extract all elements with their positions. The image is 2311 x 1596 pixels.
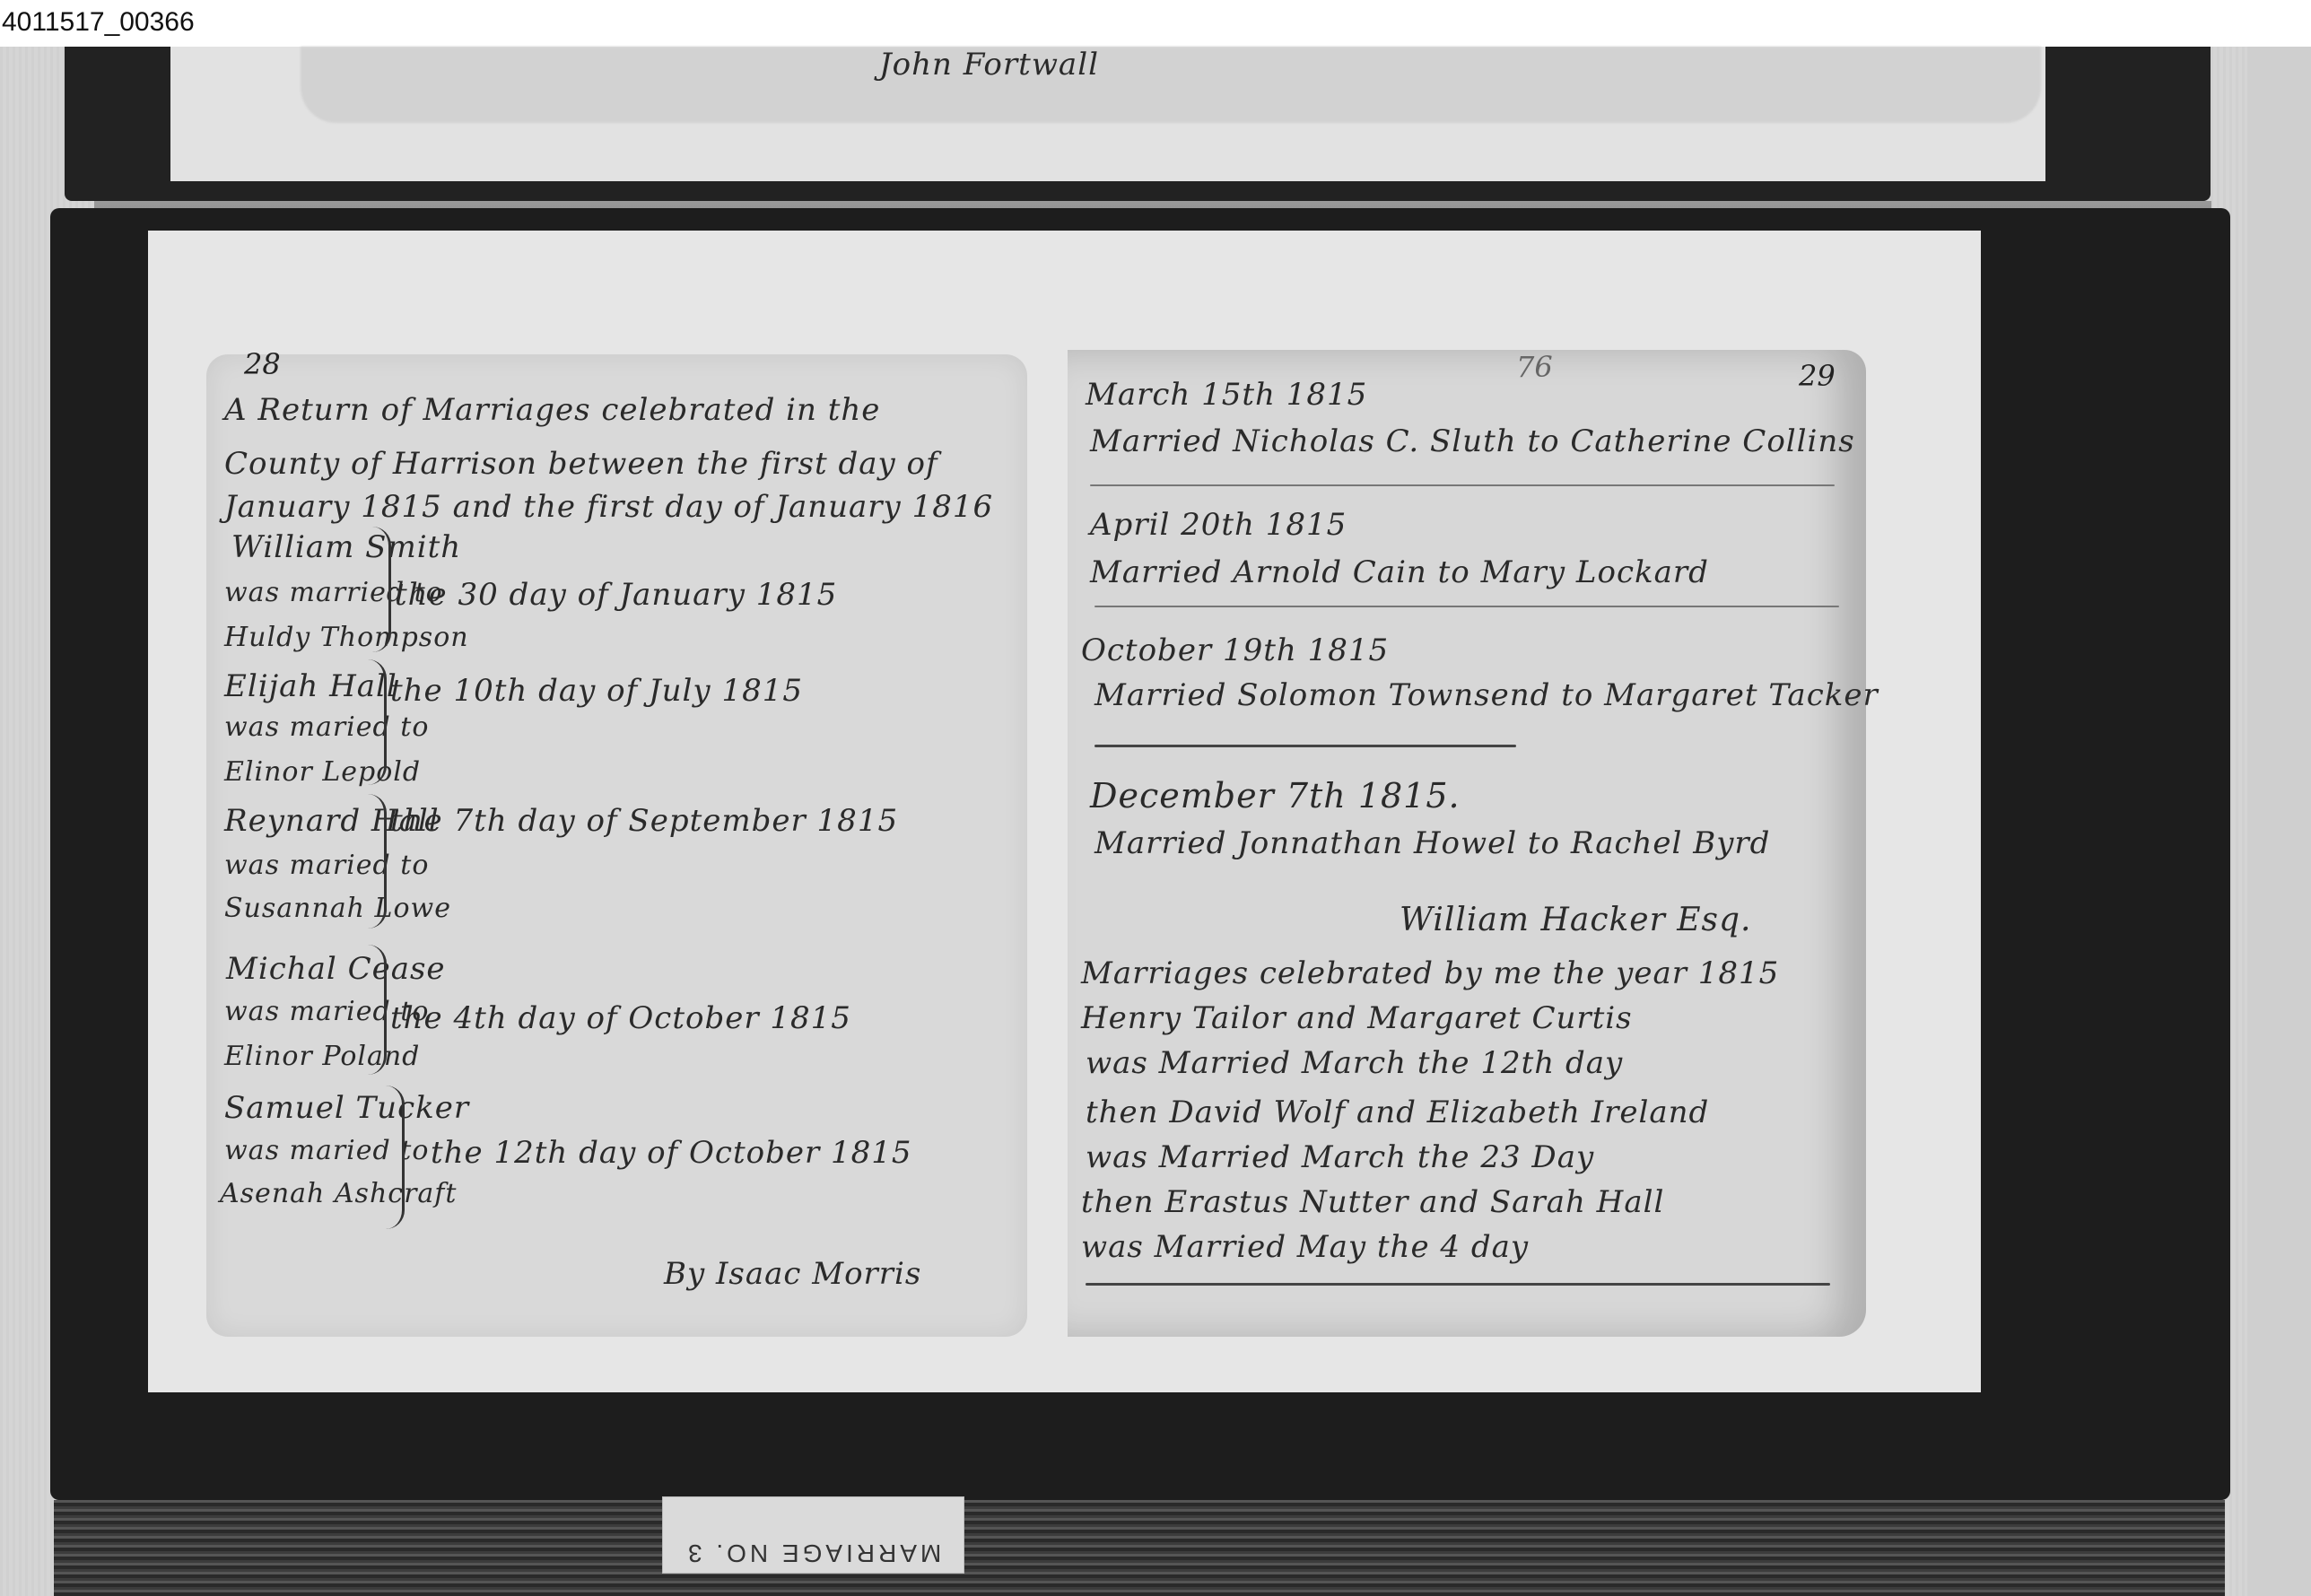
divider <box>1094 606 1839 607</box>
bride-name: Elinor Poland <box>224 1041 420 1072</box>
divider <box>1094 745 1516 747</box>
right-document: 76 29 March 15th 1815 Married Nicholas C… <box>1068 350 1866 1337</box>
groom-name: Michal Cease <box>226 951 446 987</box>
entry-text: Married Arnold Cain to Mary Lockard <box>1090 554 1709 590</box>
marriage-date: the 10th day of July 1815 <box>390 673 803 709</box>
bride-name: Huldy Thompson <box>224 622 469 653</box>
divider <box>1086 1283 1830 1286</box>
second-return-line: was Married March the 23 Day <box>1086 1139 1594 1175</box>
marriage-date: the 4th day of October 1815 <box>390 1000 851 1036</box>
left-signature: By Isaac Morris <box>664 1256 921 1292</box>
entry-date: March 15th 1815 <box>1086 377 1367 413</box>
film-edge <box>2247 47 2311 1596</box>
entry-text: Married Solomon Townsend to Margaret Tac… <box>1094 677 1879 713</box>
second-return-line: Henry Tailor and Margaret Curtis <box>1081 1000 1633 1036</box>
second-return-line: then Erastus Nutter and Sarah Hall <box>1081 1184 1664 1220</box>
second-return-line: was Married May the 4 day <box>1081 1229 1529 1265</box>
page-edges <box>54 1500 2225 1596</box>
marriage-date: the 7th day of September 1815 <box>390 803 898 839</box>
image-caption: 4011517_00366 <box>0 0 2311 47</box>
marriage-date: the 30 day of January 1815 <box>395 577 837 613</box>
bride-name: Elinor Lepold <box>224 756 421 788</box>
entry-date: April 20th 1815 <box>1090 507 1347 543</box>
left-page-number: 28 <box>244 347 281 381</box>
bride-name: Asenah Ashcraft <box>220 1178 457 1209</box>
second-return-line: then David Wolf and Elizabeth Ireland <box>1086 1095 1709 1130</box>
heading-line-1: A Return of Marriages celebrated in the <box>224 392 880 428</box>
entry-text: Married Jonnathan Howel to Rachel Byrd <box>1094 825 1770 861</box>
brace <box>368 659 387 785</box>
brace <box>368 945 387 1075</box>
entry-date: October 19th 1815 <box>1081 632 1389 668</box>
left-document: 28 A Return of Marriages celebrated in t… <box>206 354 1027 1337</box>
entry-date: December 7th 1815. <box>1090 776 1461 815</box>
right-page-number-faint: 76 <box>1516 350 1553 384</box>
heading-line-2: County of Harrison between the first day… <box>224 446 938 482</box>
previous-page-signature: John Fortwall <box>879 47 1099 83</box>
entry-text: Married Nicholas C. Sluth to Catherine C… <box>1090 423 1855 459</box>
second-return-heading: Marriages celebrated by me the year 1815 <box>1081 955 1779 991</box>
second-return-line: was Married March the 12th day <box>1086 1045 1623 1081</box>
spine-label: MARRIAGE NO. 3 <box>662 1496 964 1574</box>
connector: was maried to <box>224 850 429 881</box>
spine-label-text: MARRIAGE NO. 3 <box>685 1531 941 1574</box>
groom-name: Samuel Tucker <box>224 1090 469 1126</box>
brace <box>386 1086 405 1229</box>
brace <box>372 527 391 652</box>
marriage-date: the 12th day of October 1815 <box>431 1135 912 1171</box>
bride-name: Susannah Lowe <box>224 893 451 924</box>
heading-line-3: January 1815 and the first day of Januar… <box>224 489 993 525</box>
groom-name: William Smith <box>231 529 461 565</box>
connector: was maried to <box>224 711 429 743</box>
brace <box>368 794 387 929</box>
right-page-number: 29 <box>1799 359 1836 393</box>
previous-page-sheet <box>301 47 2041 123</box>
divider <box>1090 484 1835 486</box>
previous-page-frame: John Fortwall <box>65 47 2211 201</box>
right-signature: William Hacker Esq. <box>1400 902 1752 938</box>
previous-page: John Fortwall <box>170 47 2045 181</box>
